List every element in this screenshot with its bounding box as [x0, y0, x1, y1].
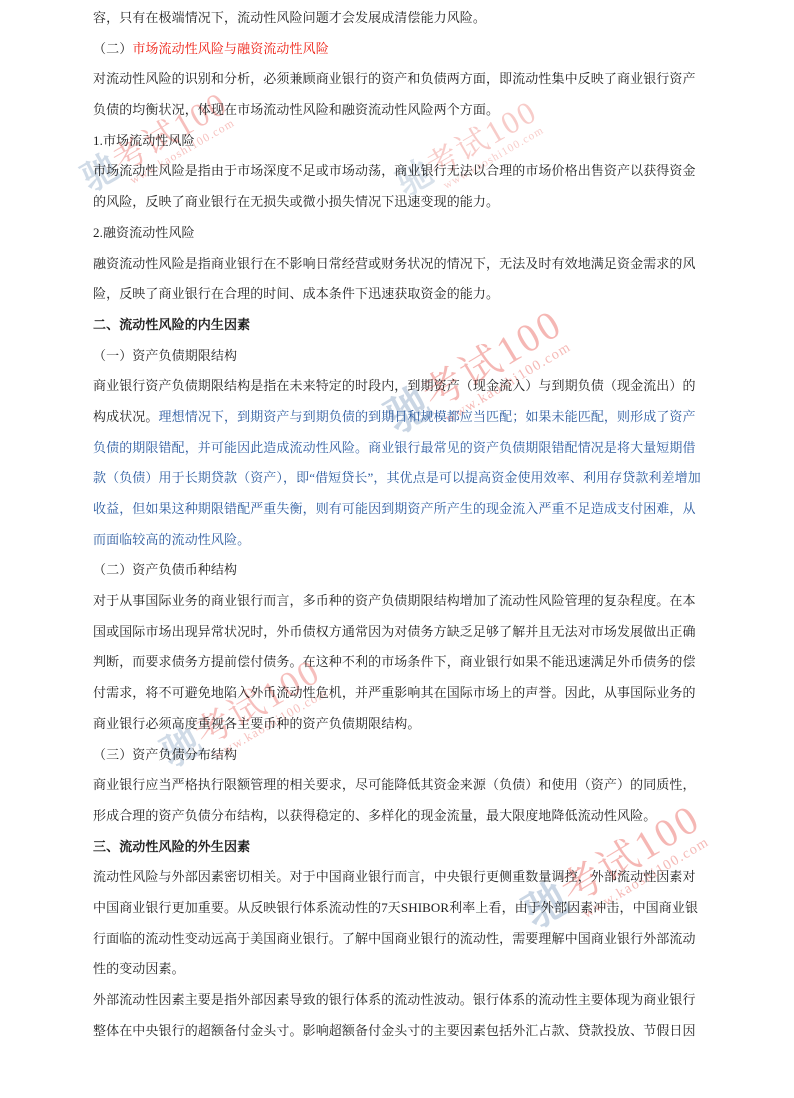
body-text: 对流动性风险的识别和分析，必须兼顾商业银行的资产和负债两方面，即流动性集中反映了… — [93, 71, 696, 86]
body-text: 付需求，将不可避免地陷入外币流动性危机，并严重影响其在国际市场上的声誉。因此，从… — [93, 685, 696, 700]
text-line: （二）市场流动性风险与融资流动性风险 — [93, 34, 733, 65]
section-heading-line: 三、流动性风险的外生因素 — [93, 832, 733, 863]
body-text: 二、流动性风险的内生因素 — [93, 317, 250, 332]
body-text: 2.融资流动性风险 — [93, 225, 195, 240]
body-text: 外部流动性因素主要是指外部因素导致的银行体系的流动性波动。银行体系的流动性主要体… — [93, 992, 696, 1007]
text-line: 商业银行资产负债期限结构是指在未来特定的时段内，到期资产（现金流入）与到期负债（… — [93, 371, 733, 402]
document-text-body: 容，只有在极端情况下，流动性风险问题才会发展成清偿能力风险。（二）市场流动性风险… — [93, 3, 733, 1046]
text-line: 收益，但如果这种期限错配严重失衡，则有可能因到期资产所产生的现金流入严重不足造成… — [93, 494, 733, 525]
document-page: 驰考试100www.kaoshi100.com驰考试100www.kaoshi1… — [0, 0, 794, 1098]
text-line: 负债的期限错配，并可能因此造成流动性风险。商业银行最常见的资产负债期限错配情况是… — [93, 433, 733, 464]
body-text: 国或国际市场出现异常状况时，外币债权方通常因为对债务方缺乏足够了解并且无法对市场… — [93, 624, 696, 639]
text-line: 1.市场流动性风险 — [93, 126, 733, 157]
red-heading-text: 市场流动性风险与融资流动性风险 — [132, 41, 329, 56]
body-text: 流动性风险与外部因素密切相关。对于中国商业银行而言，中央银行更侧重数量调控，外部… — [93, 869, 696, 884]
text-line: 2.融资流动性风险 — [93, 218, 733, 249]
text-line: 付需求，将不可避免地陷入外币流动性危机，并严重影响其在国际市场上的声誉。因此，从… — [93, 678, 733, 709]
text-line: 而面临较高的流动性风险。 — [93, 525, 733, 556]
text-line: 商业银行必须高度重视各主要币种的资产负债期限结构。 — [93, 709, 733, 740]
text-line: 形成合理的资产负债分布结构，以获得稳定的、多样化的现金流量，最大限度地降低流动性… — [93, 801, 733, 832]
text-line: 负债的均衡状况，体现在市场流动性风险和融资流动性风险两个方面。 — [93, 95, 733, 126]
body-text: 中国商业银行更加重要。从反映银行体系流动性的7天SHIBOR利率上看，由于外部因… — [93, 900, 698, 915]
body-text: 的风险，反映了商业银行在无损失或微小损失情况下迅速变现的能力。 — [93, 194, 499, 209]
text-line: 商业银行应当严格执行限额管理的相关要求，尽可能降低其资金来源（负债）和使用（资产… — [93, 770, 733, 801]
body-text: 商业银行应当严格执行限额管理的相关要求，尽可能降低其资金来源（负债）和使用（资产… — [93, 777, 696, 792]
body-text: 对于从事国际业务的商业银行而言，多币种的资产负债期限结构增加了流动性风险管理的复… — [93, 593, 696, 608]
text-line: 外部流动性因素主要是指外部因素导致的银行体系的流动性波动。银行体系的流动性主要体… — [93, 985, 733, 1016]
body-text: 市场流动性风险是指由于市场深度不足或市场动荡，商业银行无法以合理的市场价格出售资… — [93, 163, 696, 178]
blue-emphasis-text: 款（负债）用于长期贷款（资产），即“借短贷长”，其优点是可以提高资金使用效率、利… — [93, 470, 701, 485]
body-text: 判断，而要求债务方提前偿付债务。在这种不利的市场条件下，商业银行如果不能迅速满足… — [93, 654, 696, 669]
text-line: 整体在中央银行的超额备付金头寸。影响超额备付金头寸的主要因素包括外汇占款、贷款投… — [93, 1016, 733, 1047]
text-line: 判断，而要求债务方提前偿付债务。在这种不利的市场条件下，商业银行如果不能迅速满足… — [93, 647, 733, 678]
section-heading-line: 二、流动性风险的内生因素 — [93, 310, 733, 341]
body-text: 1.市场流动性风险 — [93, 133, 195, 148]
body-text: 容，只有在极端情况下，流动性风险问题才会发展成清偿能力风险。 — [93, 10, 486, 25]
text-line: 国或国际市场出现异常状况时，外币债权方通常因为对债务方缺乏足够了解并且无法对市场… — [93, 617, 733, 648]
body-text: 整体在中央银行的超额备付金头寸。影响超额备付金头寸的主要因素包括外汇占款、贷款投… — [93, 1023, 696, 1038]
body-text: 融资流动性风险是指商业银行在不影响日常经营或财务状况的情况下，无法及时有效地满足… — [93, 256, 696, 271]
text-line: （三）资产负债分布结构 — [93, 740, 733, 771]
text-line: 中国商业银行更加重要。从反映银行体系流动性的7天SHIBOR利率上看，由于外部因… — [93, 893, 733, 924]
blue-emphasis-text: 收益，但如果这种期限错配严重失衡，则有可能因到期资产所产生的现金流入严重不足造成… — [93, 501, 696, 516]
text-line: 性的变动因素。 — [93, 954, 733, 985]
text-line: 对于从事国际业务的商业银行而言，多币种的资产负债期限结构增加了流动性风险管理的复… — [93, 586, 733, 617]
body-text: 三、流动性风险的外生因素 — [93, 839, 250, 854]
text-line: 款（负债）用于长期贷款（资产），即“借短贷长”，其优点是可以提高资金使用效率、利… — [93, 463, 733, 494]
body-text: 商业银行资产负债期限结构是指在未来特定的时段内，到期资产（现金流入）与到期负债（… — [93, 378, 696, 393]
body-text: 行面临的流动性变动远高于美国商业银行。了解中国商业银行的流动性，需要理解中国商业… — [93, 931, 696, 946]
blue-emphasis-text: 负债的期限错配，并可能因此造成流动性风险。商业银行最常见的资产负债期限错配情况是… — [93, 440, 696, 455]
body-text: 险，反映了商业银行在合理的时间、成本条件下迅速获取资金的能力。 — [93, 286, 499, 301]
body-text: 负债的均衡状况，体现在市场流动性风险和融资流动性风险两个方面。 — [93, 102, 499, 117]
body-text: 构成状况。 — [93, 409, 159, 424]
body-text: 性的变动因素。 — [93, 961, 185, 976]
body-text: （一）资产负债期限结构 — [93, 348, 237, 363]
text-line: 的风险，反映了商业银行在无损失或微小损失情况下迅速变现的能力。 — [93, 187, 733, 218]
text-line: 构成状况。理想情况下，到期资产与到期负债的到期日和规模都应当匹配；如果未能匹配，… — [93, 402, 733, 433]
blue-emphasis-text: 理想情况下，到期资产与到期负债的到期日和规模都应当匹配；如果未能匹配，则形成了资… — [159, 409, 696, 424]
body-text: （三）资产负债分布结构 — [93, 747, 237, 762]
text-line: 市场流动性风险是指由于市场深度不足或市场动荡，商业银行无法以合理的市场价格出售资… — [93, 156, 733, 187]
text-line: 险，反映了商业银行在合理的时间、成本条件下迅速获取资金的能力。 — [93, 279, 733, 310]
body-text: （二）资产负债币种结构 — [93, 562, 237, 577]
text-line: （二）资产负债币种结构 — [93, 555, 733, 586]
blue-emphasis-text: 而面临较高的流动性风险。 — [93, 532, 250, 547]
text-line: 流动性风险与外部因素密切相关。对于中国商业银行而言，中央银行更侧重数量调控，外部… — [93, 862, 733, 893]
body-text: 形成合理的资产负债分布结构，以获得稳定的、多样化的现金流量，最大限度地降低流动性… — [93, 808, 656, 823]
text-line: 容，只有在极端情况下，流动性风险问题才会发展成清偿能力风险。 — [93, 3, 733, 34]
text-line: （一）资产负债期限结构 — [93, 341, 733, 372]
body-text: （二） — [93, 41, 132, 56]
text-line: 对流动性风险的识别和分析，必须兼顾商业银行的资产和负债两方面，即流动性集中反映了… — [93, 64, 733, 95]
text-line: 融资流动性风险是指商业银行在不影响日常经营或财务状况的情况下，无法及时有效地满足… — [93, 249, 733, 280]
body-text: 商业银行必须高度重视各主要币种的资产负债期限结构。 — [93, 716, 421, 731]
text-line: 行面临的流动性变动远高于美国商业银行。了解中国商业银行的流动性，需要理解中国商业… — [93, 924, 733, 955]
